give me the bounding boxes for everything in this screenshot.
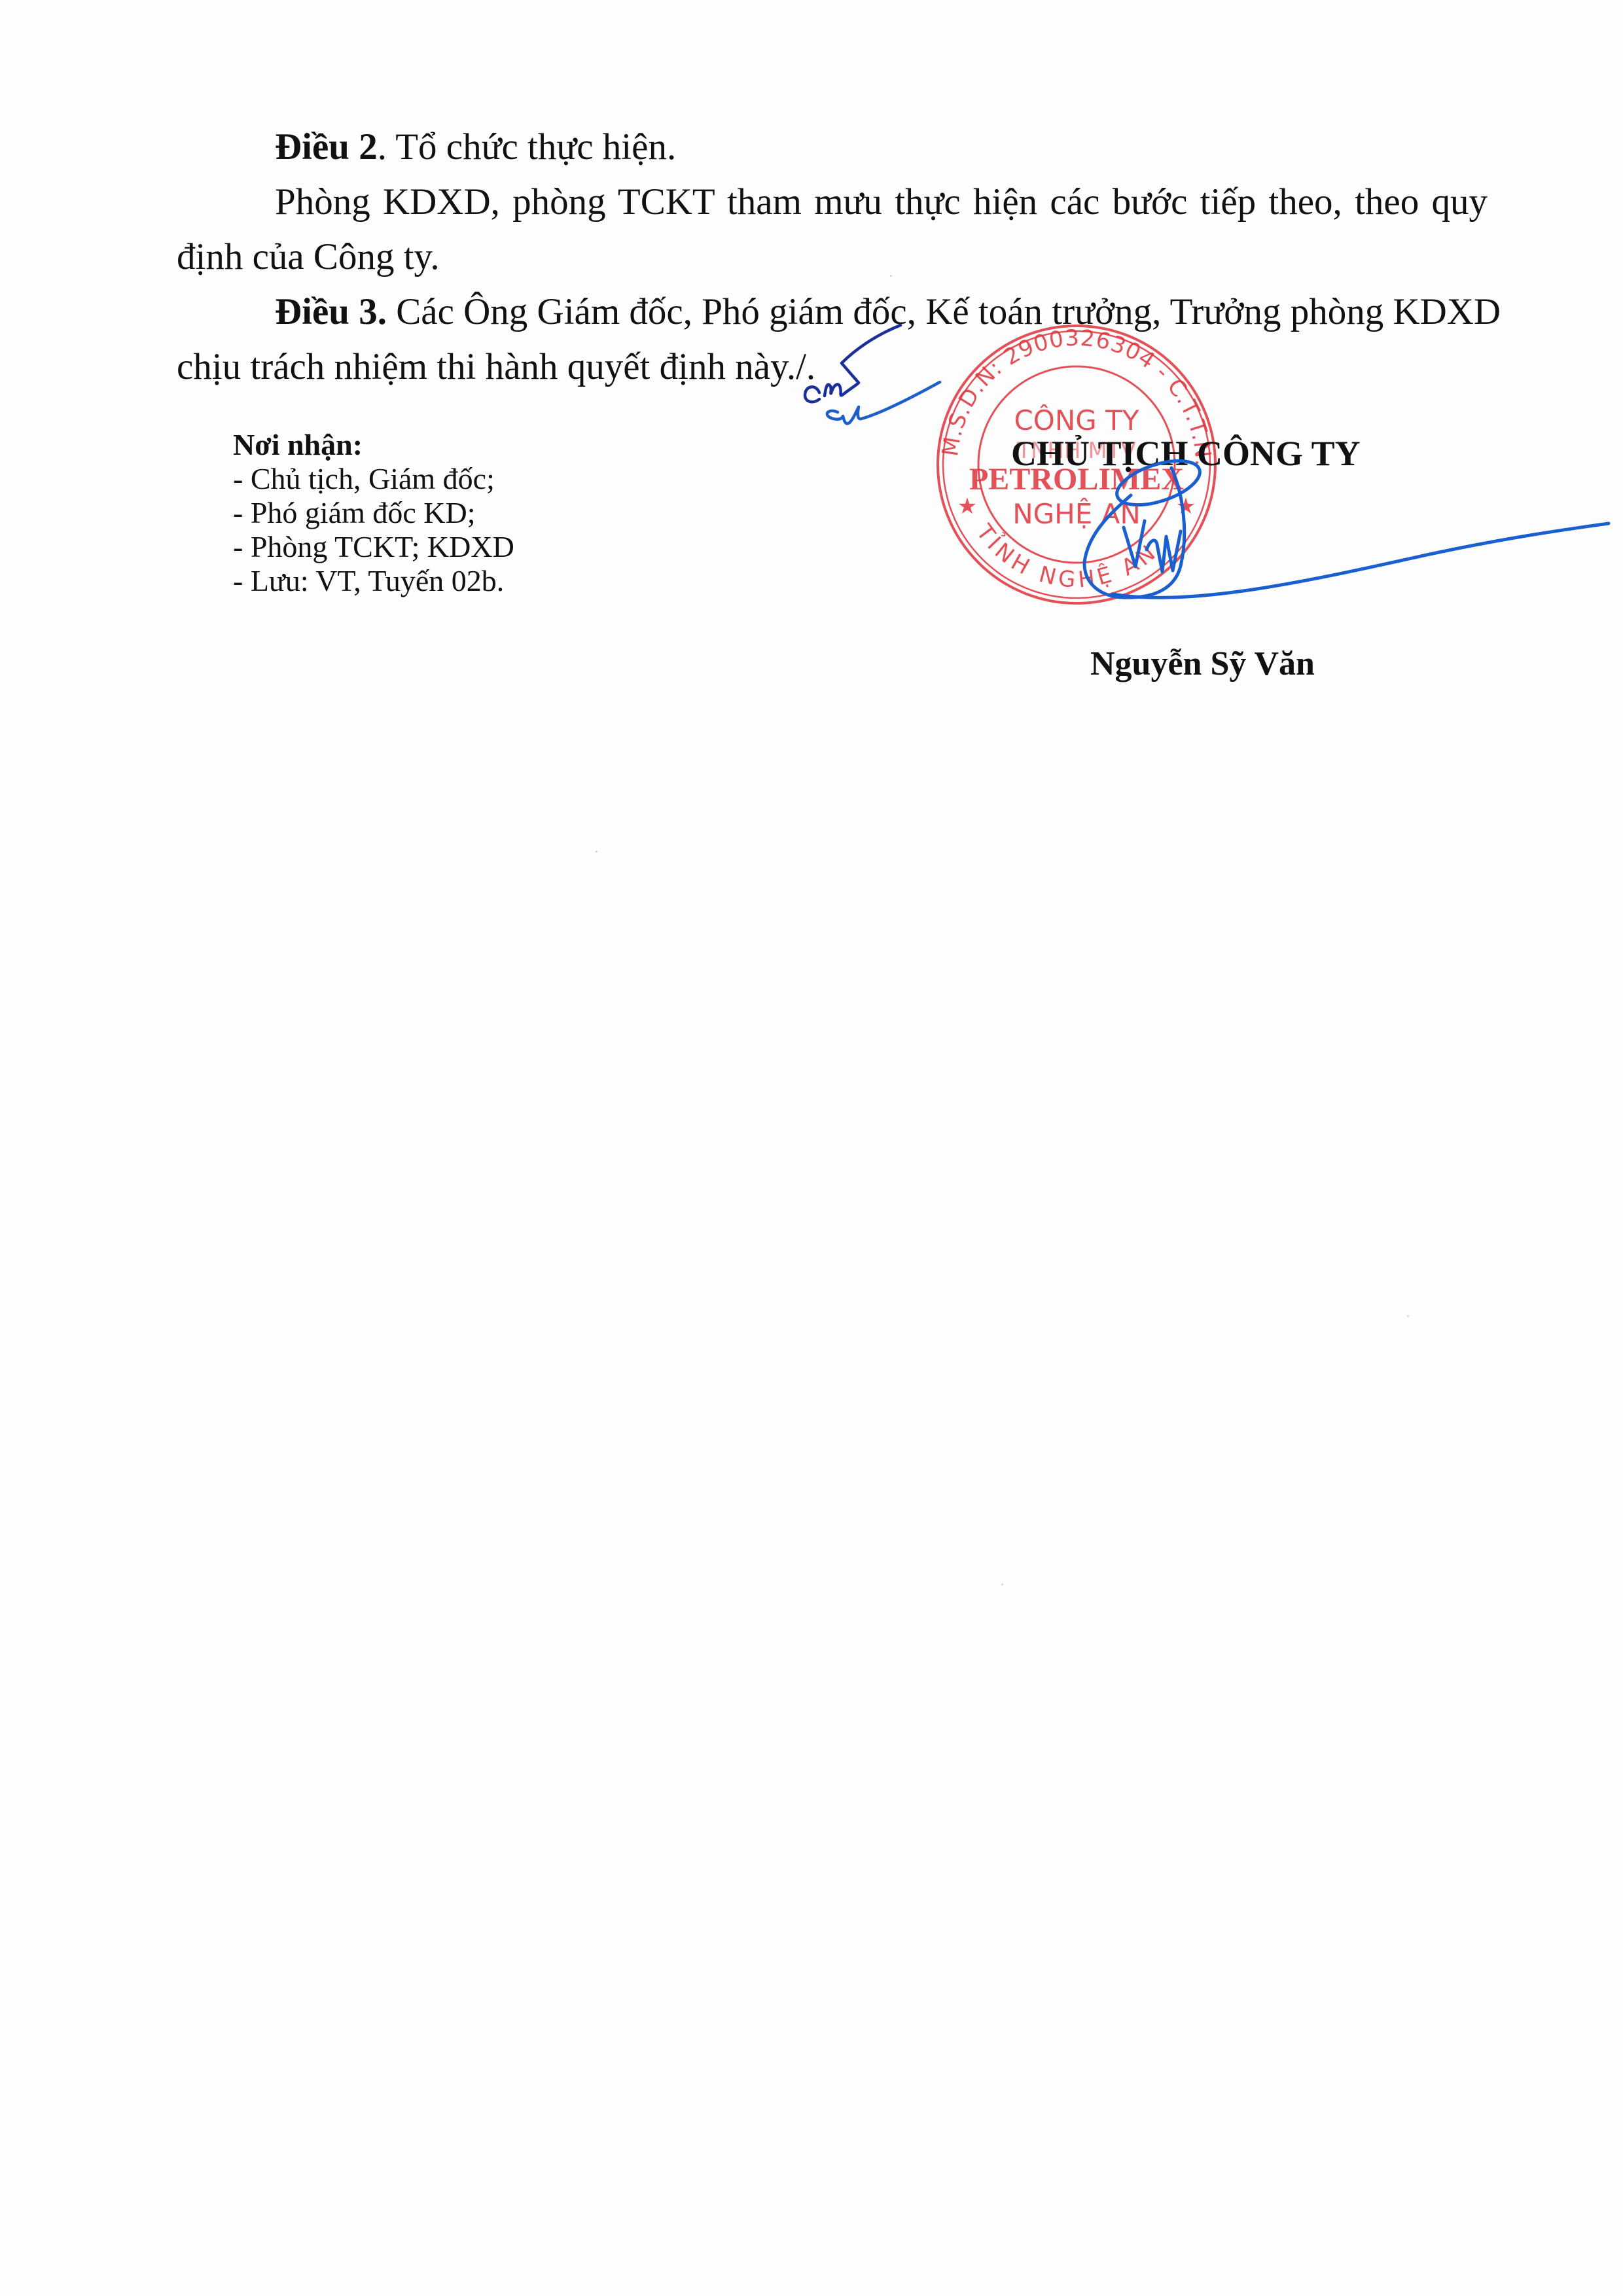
recipient-item: - Phó giám đốc KD; bbox=[233, 496, 514, 530]
article-2-label: Điều 2 bbox=[275, 126, 378, 168]
article-3-body-line-1: Các Ông Giám đốc, Phó giám đốc, Kế toán … bbox=[387, 291, 1501, 332]
article-2-body-line-1: Phòng KDXD, phòng TCKT tham mưu thực hiệ… bbox=[275, 181, 1488, 223]
stamp-ring-top-text: M.S.D.N: 2900326304 - C.T.T.N.H.H bbox=[0, 0, 1216, 467]
chairman-signature bbox=[1084, 452, 1609, 597]
scan-speck bbox=[1001, 1583, 1003, 1585]
signature-title: CHỦ TỊCH CÔNG TY bbox=[1011, 433, 1361, 474]
document-page: Điều 2. Tổ chức thực hiện. Phòng KDXD, p… bbox=[0, 0, 1623, 2296]
recipient-item: - Lưu: VT, Tuyến 02b. bbox=[233, 564, 514, 598]
recipients-heading: Nơi nhận: bbox=[233, 428, 514, 462]
scan-speck bbox=[1407, 1315, 1409, 1317]
initials-signature bbox=[805, 325, 901, 402]
scan-speck bbox=[890, 275, 892, 277]
article-3-body-line-2: chịu trách nhiệm thi hành quyết định này… bbox=[177, 345, 815, 388]
article-2-heading: Điều 2. Tổ chức thực hiện. bbox=[275, 126, 676, 168]
article-2-title: . Tổ chức thực hiện. bbox=[378, 126, 676, 168]
stamp-center-line-1: CÔNG TY bbox=[1014, 404, 1139, 436]
scan-speck bbox=[596, 851, 597, 853]
star-icon: ★ bbox=[957, 493, 977, 520]
recipient-item: - Chủ tịch, Giám đốc; bbox=[233, 462, 514, 496]
stamp-center-line-4: NGHỆ AN bbox=[1012, 497, 1141, 530]
article-3-line-1: Điều 3. Các Ông Giám đốc, Phó giám đốc, … bbox=[275, 291, 1488, 333]
article-2-body-line-2: định của Công ty. bbox=[177, 236, 440, 278]
signer-name: Nguyễn Sỹ Văn bbox=[1090, 645, 1315, 683]
stamp-ring-bottom-text: TỈNH NGHỆ AN bbox=[971, 520, 1164, 593]
star-icon: ★ bbox=[1176, 493, 1196, 520]
recipients-block: Nơi nhận: - Chủ tịch, Giám đốc; - Phó gi… bbox=[233, 428, 514, 598]
article-3-label: Điều 3. bbox=[275, 291, 387, 332]
recipient-item: - Phòng TCKT; KDXD bbox=[233, 530, 514, 564]
